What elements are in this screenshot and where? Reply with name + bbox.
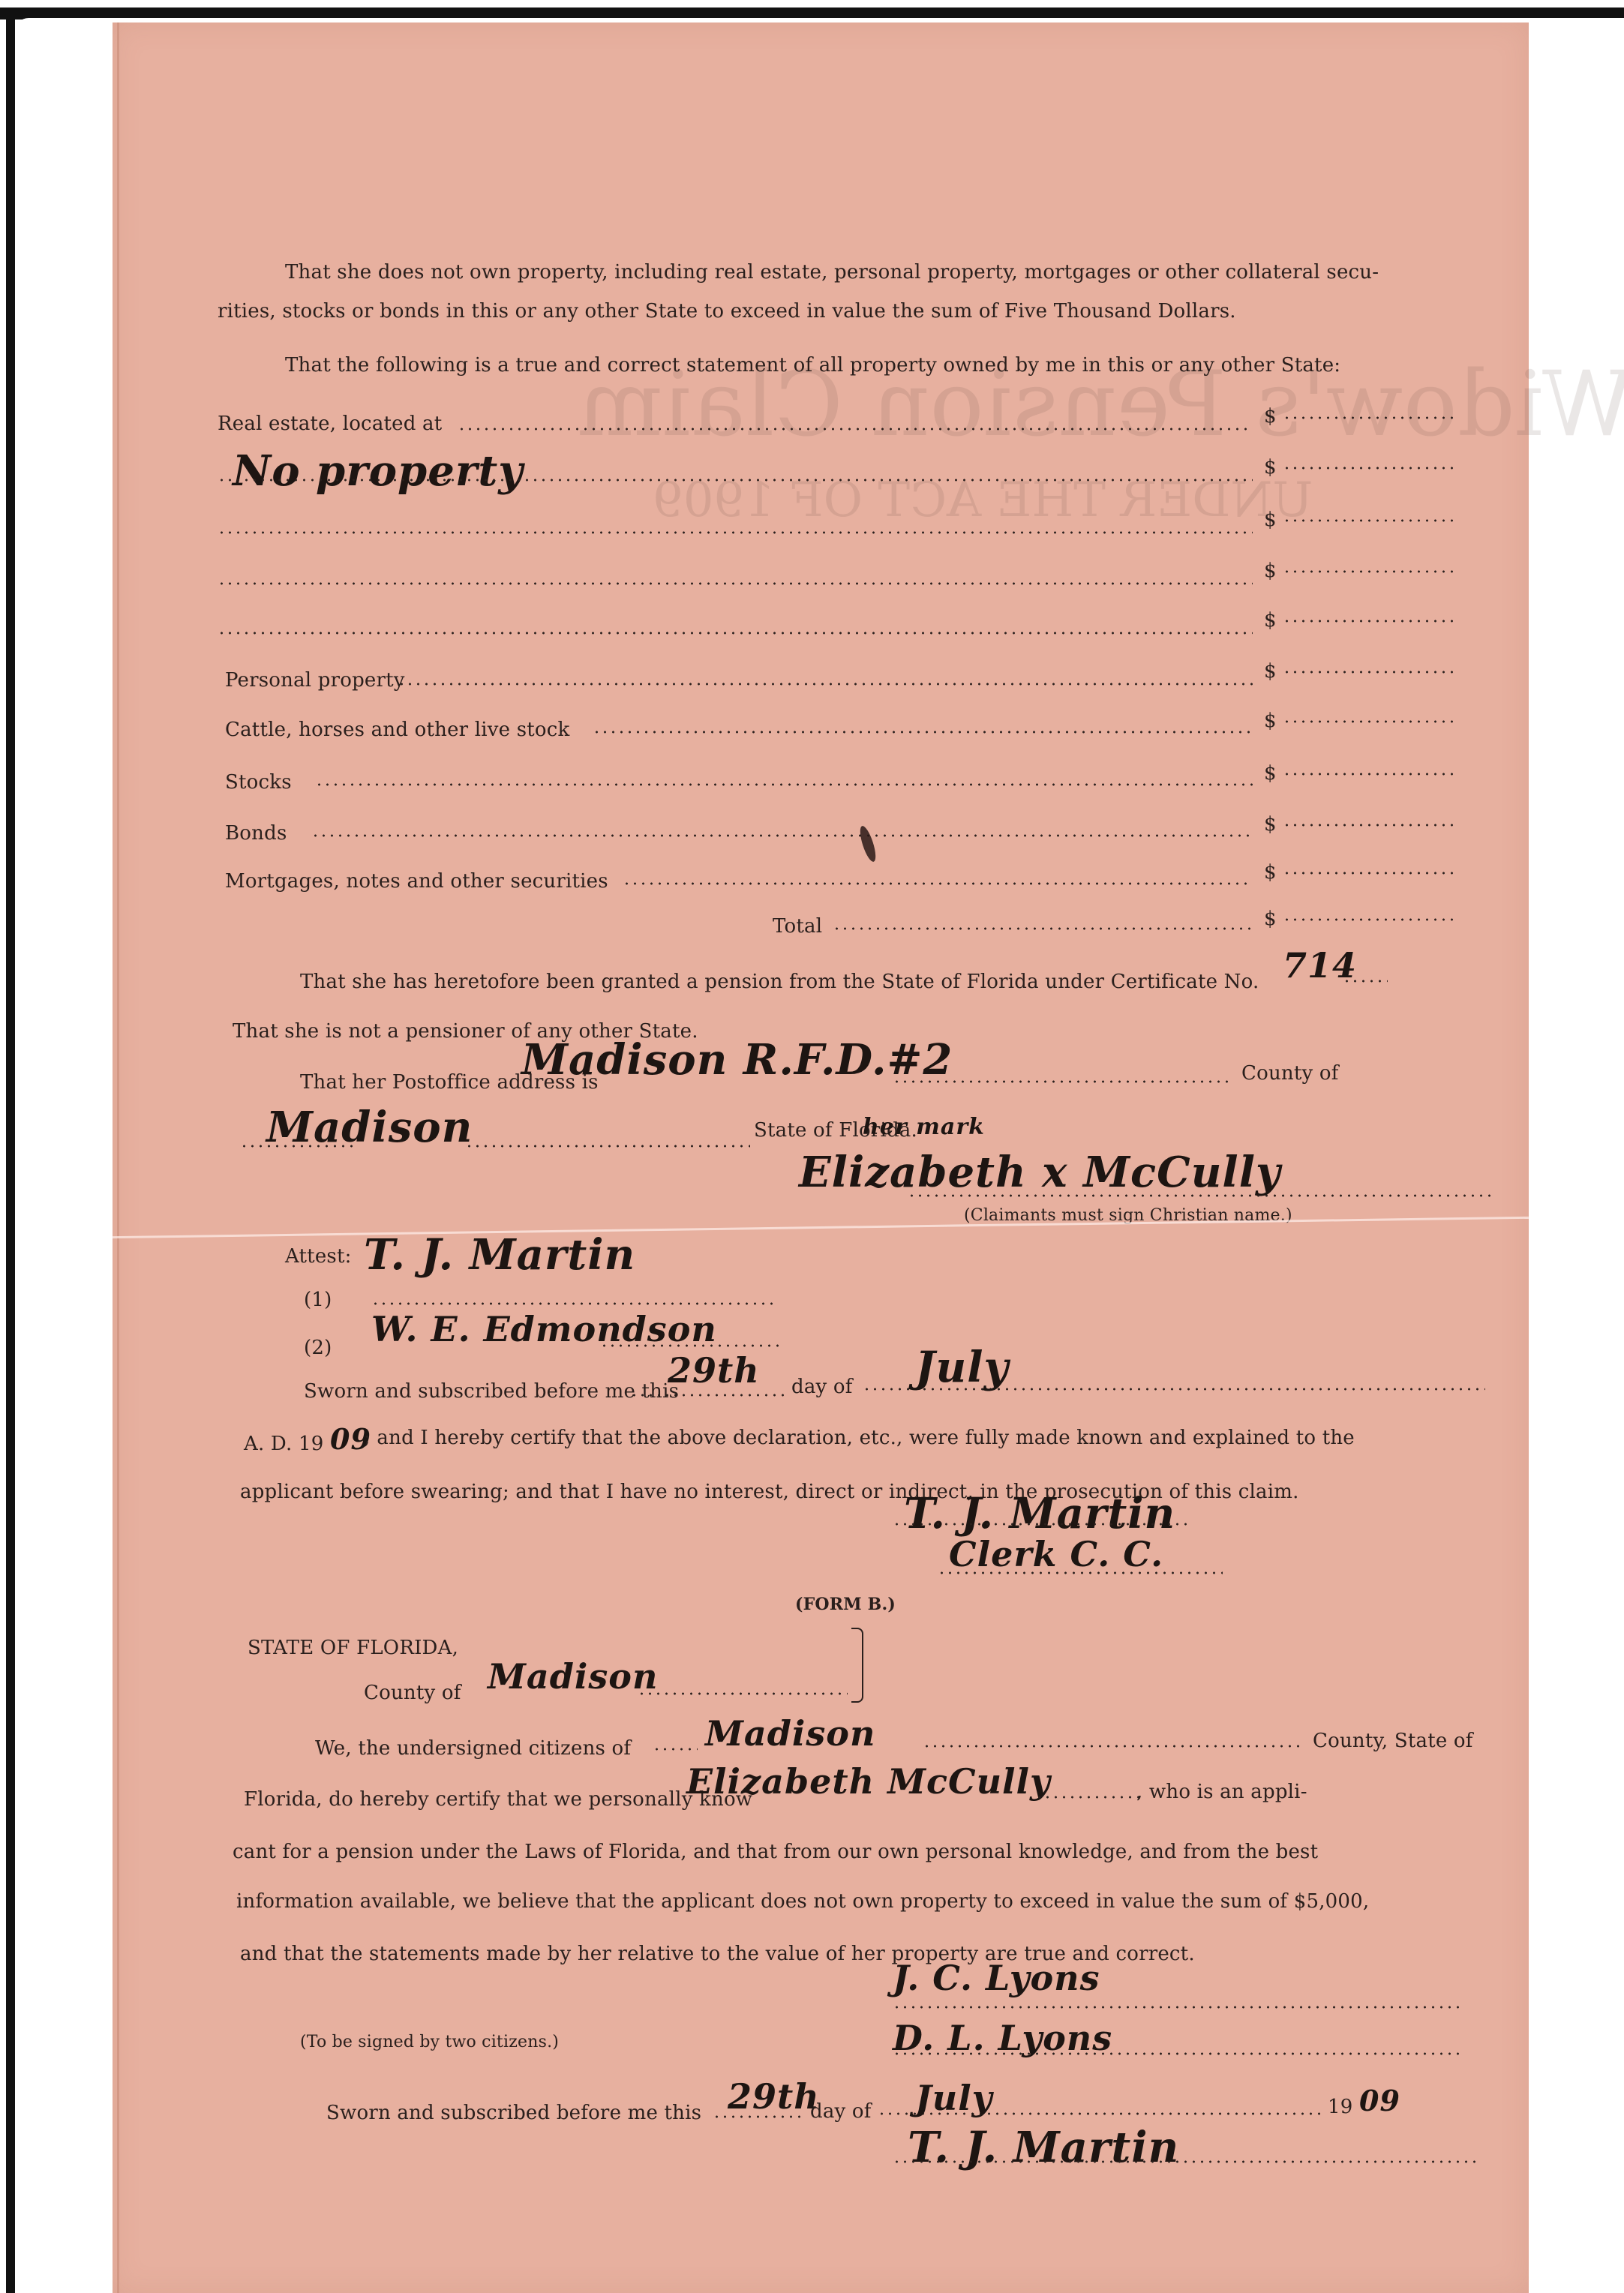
dotted-line [653,1748,698,1751]
ink-blot [857,824,879,863]
dotted-line [311,834,1253,837]
dotted-line [1283,824,1455,827]
real-estate-entry: No property [233,446,524,496]
form-b-month: July [915,2078,992,2118]
dotted-line [908,1194,1493,1197]
dotted-line [1283,720,1455,723]
dollar-sign: $ [1264,813,1277,836]
state-heading: STATE OF FLORIDA, [248,1637,458,1659]
dotted-line [623,882,1253,885]
declaration-line-2: rities, stocks or bonds in this or any o… [218,300,1236,323]
claimant-signature: Elizabeth x McCully [799,1148,1281,1197]
row-label-mortgages: Mortgages, notes and other securities [225,870,608,893]
form-b-label: (FORM B.) [795,1595,896,1614]
dotted-line [938,1571,1223,1574]
dotted-line [371,1302,776,1305]
dotted-line [458,428,1253,431]
dotted-line [833,927,1253,930]
declaration-line-1: That she does not own property, includin… [285,261,1379,284]
scanner-frame-left [6,8,15,2293]
dotted-line [600,1344,780,1347]
dotted-line [1283,570,1455,573]
dotted-line [1283,416,1455,419]
form-b-day-of: day of [810,2100,872,2123]
signed-by-note: (To be signed by two citizens.) [300,2033,559,2051]
dotted-line [218,632,1253,635]
dollar-sign: $ [1264,710,1277,732]
pension-form-page: Widow's Pension Claim UNDER THE ACT OF 1… [113,23,1529,2293]
form-b-line-3: cant for a pension under the Laws of Flo… [233,1841,1318,1863]
row-label-bonds: Bonds [225,822,287,845]
dollar-sign: $ [1264,908,1277,930]
applicant-name: Elizabeth McCully [686,1761,1051,1802]
day-of-label: day of [791,1376,853,1398]
declaration-line-3: That the following is a true and correct… [285,354,1340,377]
official-title: Clerk C. C. [949,1534,1163,1574]
dollar-sign: $ [1264,405,1277,428]
dotted-line [1283,467,1455,470]
row-label-livestock: Cattle, horses and other live stock [225,719,570,741]
sworn-text: Sworn and subscribed before me this [304,1380,679,1403]
oath-day: 29th [668,1350,760,1391]
witness-2-number: (2) [304,1337,332,1359]
dollar-sign: $ [1264,762,1277,785]
real-estate-label: Real estate, located at [218,413,442,435]
witness-1-signature: T. J. Martin [364,1230,635,1280]
certify-line-1: ; and I hereby certify that the above de… [364,1427,1355,1449]
dotted-line [218,479,1253,482]
dotted-line [893,1080,1230,1083]
dotted-line [630,1394,788,1397]
dotted-line [638,1692,848,1695]
form-b-line-4: information available, we believe that t… [236,1890,1369,1913]
postoffice-value: Madison R.F.D.#2 [521,1035,953,1085]
county-state-of: County, State of [1313,1730,1473,1752]
dotted-line [315,783,1253,786]
dotted-line [1283,872,1455,875]
county-of-label: County of [364,1682,461,1704]
fold-crease [113,1217,1529,1238]
form-b-year-prefix: 19 [1328,2096,1352,2118]
dollar-sign: $ [1264,509,1277,531]
citizen-signature-1: J. C. Lyons [893,1958,1100,1998]
dotted-line [893,2160,1478,2163]
dotted-line [465,1145,750,1148]
dotted-line [398,683,1253,686]
dollar-sign: $ [1264,456,1277,479]
dotted-line [1283,773,1455,776]
who-is-applicant: , who is an appli- [1136,1781,1307,1803]
dotted-line [1035,1796,1140,1799]
dotted-line [713,2115,803,2118]
dotted-line [1283,671,1455,674]
dollar-sign: $ [1264,609,1277,632]
total-label: Total [773,915,822,938]
dotted-line [593,731,1253,734]
citizens-text: We, the undersigned citizens of [315,1737,631,1760]
venue-county: Madison [488,1656,658,1697]
venue-bracket [851,1628,863,1703]
dotted-line [1283,918,1455,921]
ad-prefix: A. D. 19 [244,1433,323,1455]
witness-1-number: (1) [304,1289,332,1311]
dotted-line [1343,980,1388,983]
form-b-year: 09 [1359,2084,1400,2117]
paper-edge [117,23,119,2293]
row-label-personal-property: Personal property [225,669,405,692]
dollar-sign: $ [1264,660,1277,683]
pension-granted-text: That she has heretofore been granted a p… [300,971,1259,993]
dotted-line [893,2006,1463,2009]
form-b-day: 29th [728,2076,820,2117]
form-b-sworn-text: Sworn and subscribed before me this [326,2102,701,2124]
county-of-label: County of [1241,1062,1339,1085]
dotted-line [1283,620,1455,623]
official-signature: T. J. Martin [904,1489,1175,1538]
dotted-line [893,1523,1193,1526]
row-label-stocks: Stocks [225,771,292,794]
oath-month: July [915,1343,1009,1392]
dotted-line [1283,519,1455,522]
claimant-mark-note: her mark [863,1114,985,1140]
dollar-sign: $ [1264,560,1277,582]
dotted-line [893,2052,1463,2055]
form-b-official-signature: T. J. Martin [908,2123,1179,2172]
dotted-line [218,582,1253,585]
dollar-sign: $ [1264,861,1277,884]
witness-2-signature: W. E. Edmondson [371,1309,717,1349]
dotted-line [218,531,1253,534]
dotted-line [923,1745,1305,1748]
certify-know-text: Florida, do hereby certify that we perso… [244,1788,752,1811]
county-value: Madison [266,1103,473,1152]
citizens-county: Madison [705,1713,875,1754]
attest-label: Attest: [285,1245,352,1268]
